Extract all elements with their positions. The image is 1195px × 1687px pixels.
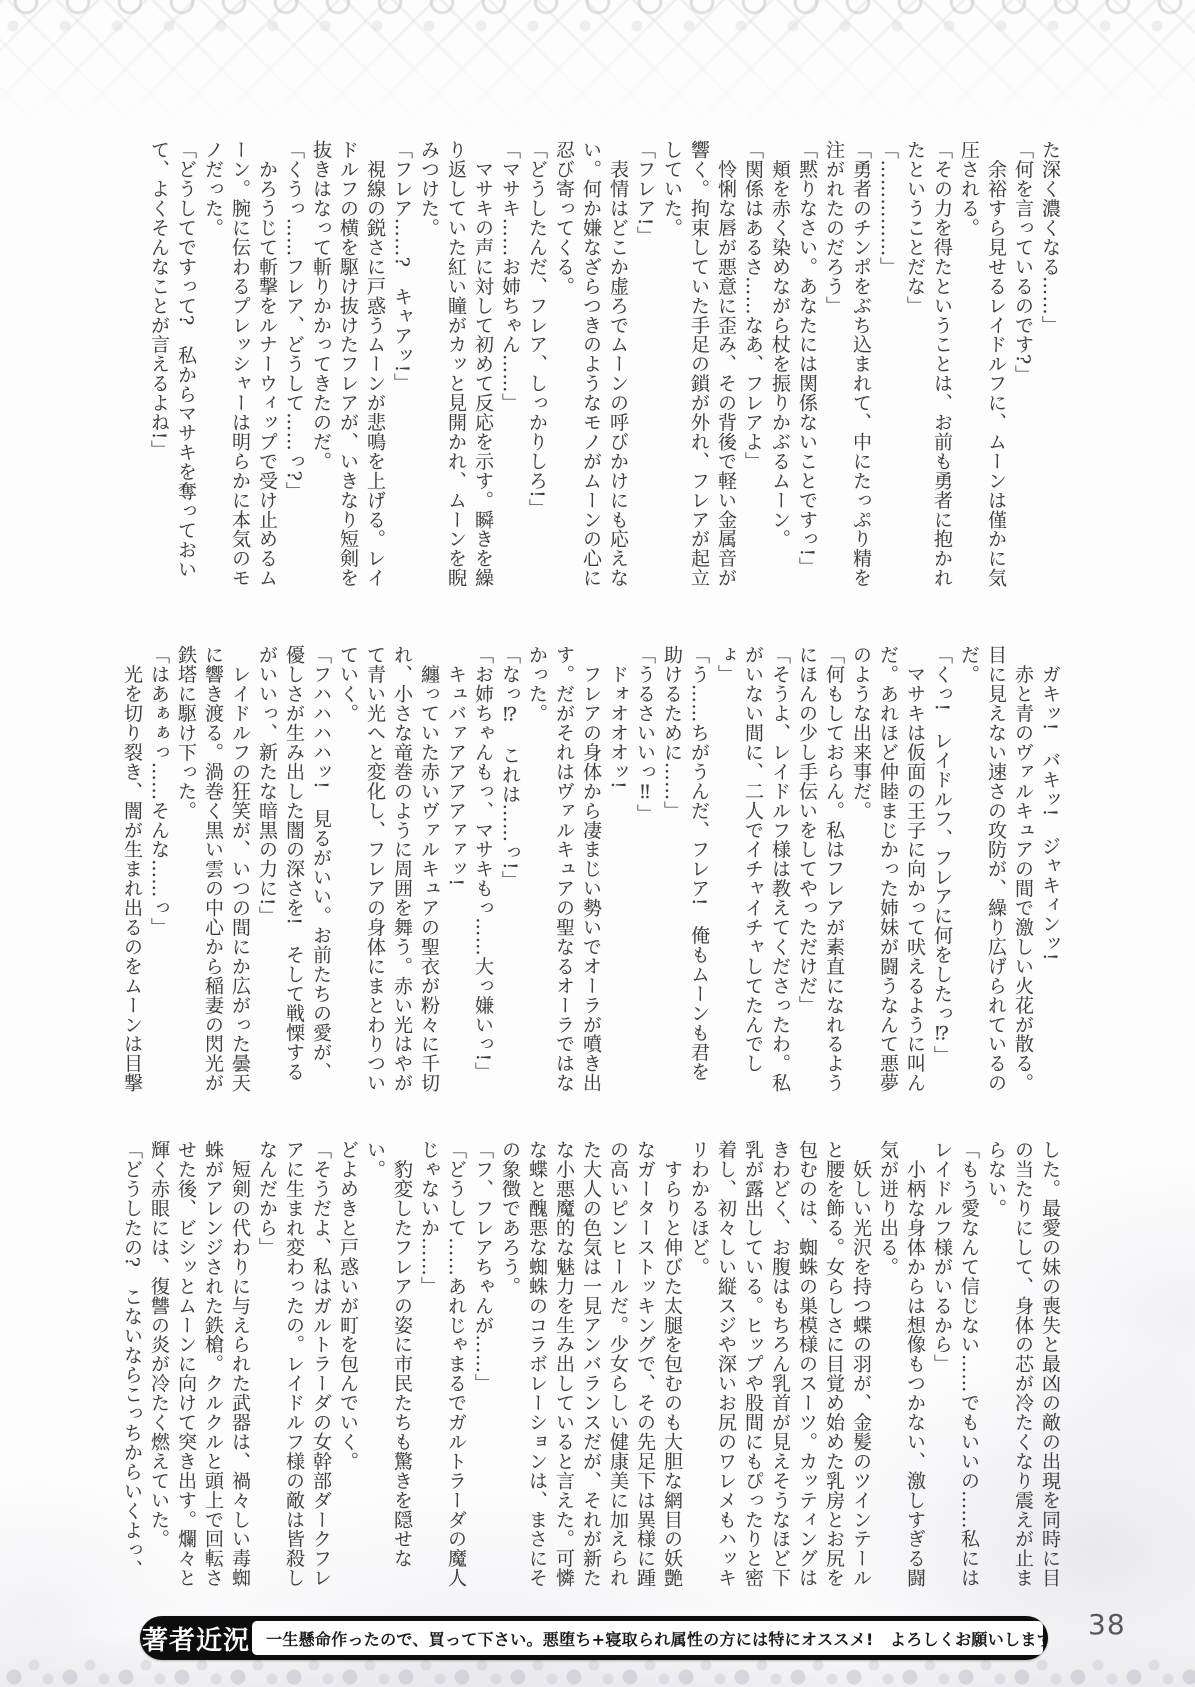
text-line: た大人の色気は一見アンバランスだが、それが新た (577, 1140, 604, 1588)
text-line: 光を切り裂き、闇が生まれ出るのをムーンは目撃 (118, 645, 145, 1093)
text-line: 気が迸り出る。 (874, 1140, 901, 1588)
text-line: だ。 (955, 645, 982, 1093)
text-line: マサキは仮面の王子に向かって吠えるように叫ん (901, 645, 928, 1093)
text-line: たということだな」 (901, 140, 928, 588)
text-line: レイドルフの狂笑が、いつの間にか広がった曇天 (226, 645, 253, 1093)
text-line: と腰を飾る。女らしさに目覚め始めた乳房とお尻を (820, 1140, 847, 1588)
text-line: 蛛がアレンジされた鉄槍。クルクルと頭上で回転さ (199, 1140, 226, 1588)
author-note-message: 一生懸命作ったので、買って下さい。悪堕ち+寝取られ属性の方には特にオススメ! よ… (252, 1627, 1043, 1650)
text-line: なんだから」 (253, 1140, 280, 1588)
text-block-1: た深く濃くなる……」「何を言っているのです?」 余裕すら見せるレイドルフに、ムー… (143, 140, 1063, 588)
text-line: 「そうよ、レイドルフ様は教えてくださったわ。私 (766, 645, 793, 1093)
text-line: がいない間に、二人でイチャイチャしてたんでしょ」 (712, 645, 766, 1093)
text-line: すらりと伸びた太腿を包むのも大胆な網目の妖艶 (658, 1140, 685, 1588)
text-line: マサキの声に対して初めて反応を示す。瞬きを繰 (469, 140, 496, 588)
text-line: リわかるほど。 (685, 1140, 712, 1588)
text-line: レイドルフ様がいるから」 (928, 1140, 955, 1588)
text-block-3: した。最愛の妹の喪失と最凶の敵の出現を同時に目の当たりにして、身体の芯が冷たくな… (143, 1140, 1063, 1588)
text-line: 視線の鋭さに戸惑うムーンが悲鳴を上げる。レイ (361, 140, 388, 588)
text-line: て、よくそんなことが言えるよね!」 (145, 140, 172, 588)
text-line: せた後、ビシッとムーンに向けて突き出す。爛々と (172, 1140, 199, 1588)
text-line: ガキッ! バキッ! ジャキィンッ! (1036, 645, 1063, 1093)
text-line: かろうじて斬撃をルナーウィップで受け止めるム (253, 140, 280, 588)
text-line: 表情はどこか虚ろでムーンの呼びかけにも応えな (604, 140, 631, 588)
text-line: 「そうだよ、私はガルトラーダの女幹部ダークフレ (307, 1140, 334, 1588)
author-note-message-box: 一生懸命作ったので、買って下さい。悪堕ち+寝取られ属性の方には特にオススメ! よ… (252, 1621, 1043, 1655)
text-line: に響き渡る。渦巻く黒い雲の中心から稲妻の閃光が (199, 645, 226, 1093)
text-line: 「お姉ちゃんもっ、マサキもっ……大っ嫌いっ!」 (469, 645, 496, 1093)
text-line: 圧される。 (955, 140, 982, 588)
text-line: 「なっ⁉ これは……っ!」 (496, 645, 523, 1093)
text-line: のような出来事だ。 (847, 645, 874, 1093)
text-line: 「何もしておらん。私はフレアが素直になれるよう (820, 645, 847, 1093)
text-line: 頬を赤く染めながら杖を振りかぶるムーン。 (766, 140, 793, 588)
text-line: 短剣の代わりに与えられた武器は、禍々しい毒蜘 (226, 1140, 253, 1588)
text-line: 「フ、フレアちゃんが……」 (469, 1140, 496, 1588)
text-line: の当たりにして、身体の芯が冷たくなり震えが止ま (1009, 1140, 1036, 1588)
text-line: 響く。拘束していた手足の鎖が外れ、フレアが起立 (685, 140, 712, 588)
text-line: じゃないか……」 (415, 1140, 442, 1588)
text-line: なガーターストッキングで、その先足下は異様に踵 (631, 1140, 658, 1588)
text-line: 豹変したフレアの姿に市民たちも驚きを隠せない。 (361, 1140, 415, 1588)
text-line: 「フレア!」 (631, 140, 658, 588)
text-line: 輝く赤眼には、復讐の炎が冷たく燃えていた。 (145, 1140, 172, 1588)
text-line: 「どうしたの? こないならこっちからいくよっ、 (118, 1140, 145, 1588)
text-line: 鉄塔に駆け下った。 (172, 645, 199, 1093)
text-line: 「どうして……あれじゃまるでガルトラーダの魔人 (442, 1140, 469, 1588)
text-line: 「フレア……? キャアッ!」 (388, 140, 415, 588)
text-line: がいいっ、新たな暗黒の力に!」 (253, 645, 280, 1093)
text-line: 「……………」 (874, 140, 901, 588)
text-line: 「くうっ……フレア、どうして……っ?」 (280, 140, 307, 588)
text-line: きわどく、お腹はもちろん乳首が見えそうなほど下 (766, 1140, 793, 1588)
text-line: 「どうしてですって? 私からマサキを奪っておい (172, 140, 199, 588)
text-line: 忍び寄ってくる。 (550, 140, 577, 588)
text-line: 「その力を得たということは、お前も勇者に抱かれ (928, 140, 955, 588)
text-line: 優しさが生み出した闇の深さを! そして戦慄する (280, 645, 307, 1093)
text-line: ノだった。 (199, 140, 226, 588)
text-line: 「う……ちがうんだ、フレア! 俺もムーンも君を (685, 645, 712, 1093)
text-line: 注がれたのだろう」 (820, 140, 847, 588)
text-line: 「関係はあるさ……なあ、フレアよ」 (739, 140, 766, 588)
text-line: していた。 (658, 140, 685, 588)
text-line: 「マサキ……お姉ちゃん……」 (496, 140, 523, 588)
text-line: れ、小さな竜巻のように周囲を舞う。赤い光はやが (388, 645, 415, 1093)
novel-page: た深く濃くなる……」「何を言っているのです?」 余裕すら見せるレイドルフに、ムー… (0, 0, 1195, 1687)
text-line: 抜きはなって斬りかかってきたのだ。 (307, 140, 334, 588)
text-line: 「もう愛なんて信じない……でもいいの……私には (955, 1140, 982, 1588)
text-line: どよめきと戸惑いが町を包んでいく。 (334, 1140, 361, 1588)
text-line: て青い光へと変化し、フレアの身体にまとわりつい (361, 645, 388, 1093)
text-line: ていく。 (334, 645, 361, 1093)
text-line: の高いピンヒールだ。少女らしい健康美に加えられ (604, 1140, 631, 1588)
text-line: 「何を言っているのです?」 (1009, 140, 1036, 588)
text-line: にほんの少し手伝いをしてやっただけだ」 (793, 645, 820, 1093)
text-line: 余裕すら見せるレイドルフに、ムーンは僅かに気 (982, 140, 1009, 588)
text-line: 「どうしたんだ、フレア、しっかりしろ!」 (523, 140, 550, 588)
text-line: 包むのは、蜘蛛の巣模様のスーツ。カッティングは (793, 1140, 820, 1588)
text-line: す。だがそれはヴァルキュアの聖なるオーラではな (550, 645, 577, 1093)
text-line: フレアの身体から凄まじい勢いでオーラが噴き出 (577, 645, 604, 1093)
text-line: ーン。腕に伝わるプレッシャーは明らかに本気のモ (226, 140, 253, 588)
text-line: 「くっ! レイドルフ、フレアに何をしたっ⁉」 (928, 645, 955, 1093)
text-line: 「黙りなさい。あなたには関係ないことですっ!」 (793, 140, 820, 588)
text-line: い。何か嫌なざらつきのようなモノがムーンの心に (577, 140, 604, 588)
text-line: らない。 (982, 1140, 1009, 1588)
page-number: 38 (1088, 1608, 1126, 1641)
text-line: 怜悧な唇が悪意に歪み、その背後で軽い金属音が (712, 140, 739, 588)
text-line: キュバァアアアアァァッ! (442, 645, 469, 1093)
lace-border-top (0, 0, 1195, 138)
text-line: ドルフの横を駆け抜けたフレアが、いきなり短剣を (334, 140, 361, 588)
text-line: 助けるために……」 (658, 645, 685, 1093)
text-line: した。最愛の妹の喪失と最凶の敵の出現を同時に目 (1036, 1140, 1063, 1588)
author-note-bar: 著者近況 一生懸命作ったので、買って下さい。悪堕ち+寝取られ属性の方には特にオス… (140, 1616, 1048, 1660)
text-block-2: ガキッ! バキッ! ジャキィンッ! 赤と青のヴァルキュアの間で激しい火花が散る。… (143, 645, 1063, 1093)
text-line: ドォオオオッ! (604, 645, 631, 1093)
text-line: な小悪魔的な魅力を生み出していると言えた。可憐 (550, 1140, 577, 1588)
text-line: アに生まれ変わったの。レイドルフ様の敵は皆殺し (280, 1140, 307, 1588)
text-line: 乳が露出している。ヒップや股間にもぴったりと密 (739, 1140, 766, 1588)
text-line: り返していた紅い瞳がカッと見開かれ、ムーンを睨 (442, 140, 469, 588)
text-line: の象徴であろう。 (496, 1140, 523, 1588)
text-line: 纏っていた赤いヴァルキュアの聖衣が粉々に千切 (415, 645, 442, 1093)
text-line: 目に見えない速さの攻防が、繰り広げられているの (982, 645, 1009, 1093)
author-note-label: 著者近況 (140, 1620, 252, 1657)
text-line: みつけた。 (415, 140, 442, 588)
text-line: 妖しい光沢を持つ蝶の羽が、金髪のツインテール (847, 1140, 874, 1588)
text-line: 「はあぁぁっ……そんな……っ」 (145, 645, 172, 1093)
text-line: 赤と青のヴァルキュアの間で激しい火花が散る。 (1009, 645, 1036, 1093)
text-line: だ。あれほど仲睦まじかった姉妹が闘うなんて悪夢 (874, 645, 901, 1093)
text-line: 「フハハハハッ! 見るがいい。お前たちの愛が、 (307, 645, 334, 1093)
text-line: 「うるさいいっ‼」 (631, 645, 658, 1093)
text-line: 「勇者のチンポをぶち込まれて、中にたっぷり精を (847, 140, 874, 588)
text-line: な蝶と醜悪な蜘蛛のコラボレーションは、まさにそ (523, 1140, 550, 1588)
text-line: 小柄な身体からは想像もつかない、激しすぎる闘 (901, 1140, 928, 1588)
text-line: 着し、初々しい縦スジや深いお尻のワレメもハッキ (712, 1140, 739, 1588)
text-line: かった。 (523, 645, 550, 1093)
text-line: た深く濃くなる……」 (1036, 140, 1063, 588)
